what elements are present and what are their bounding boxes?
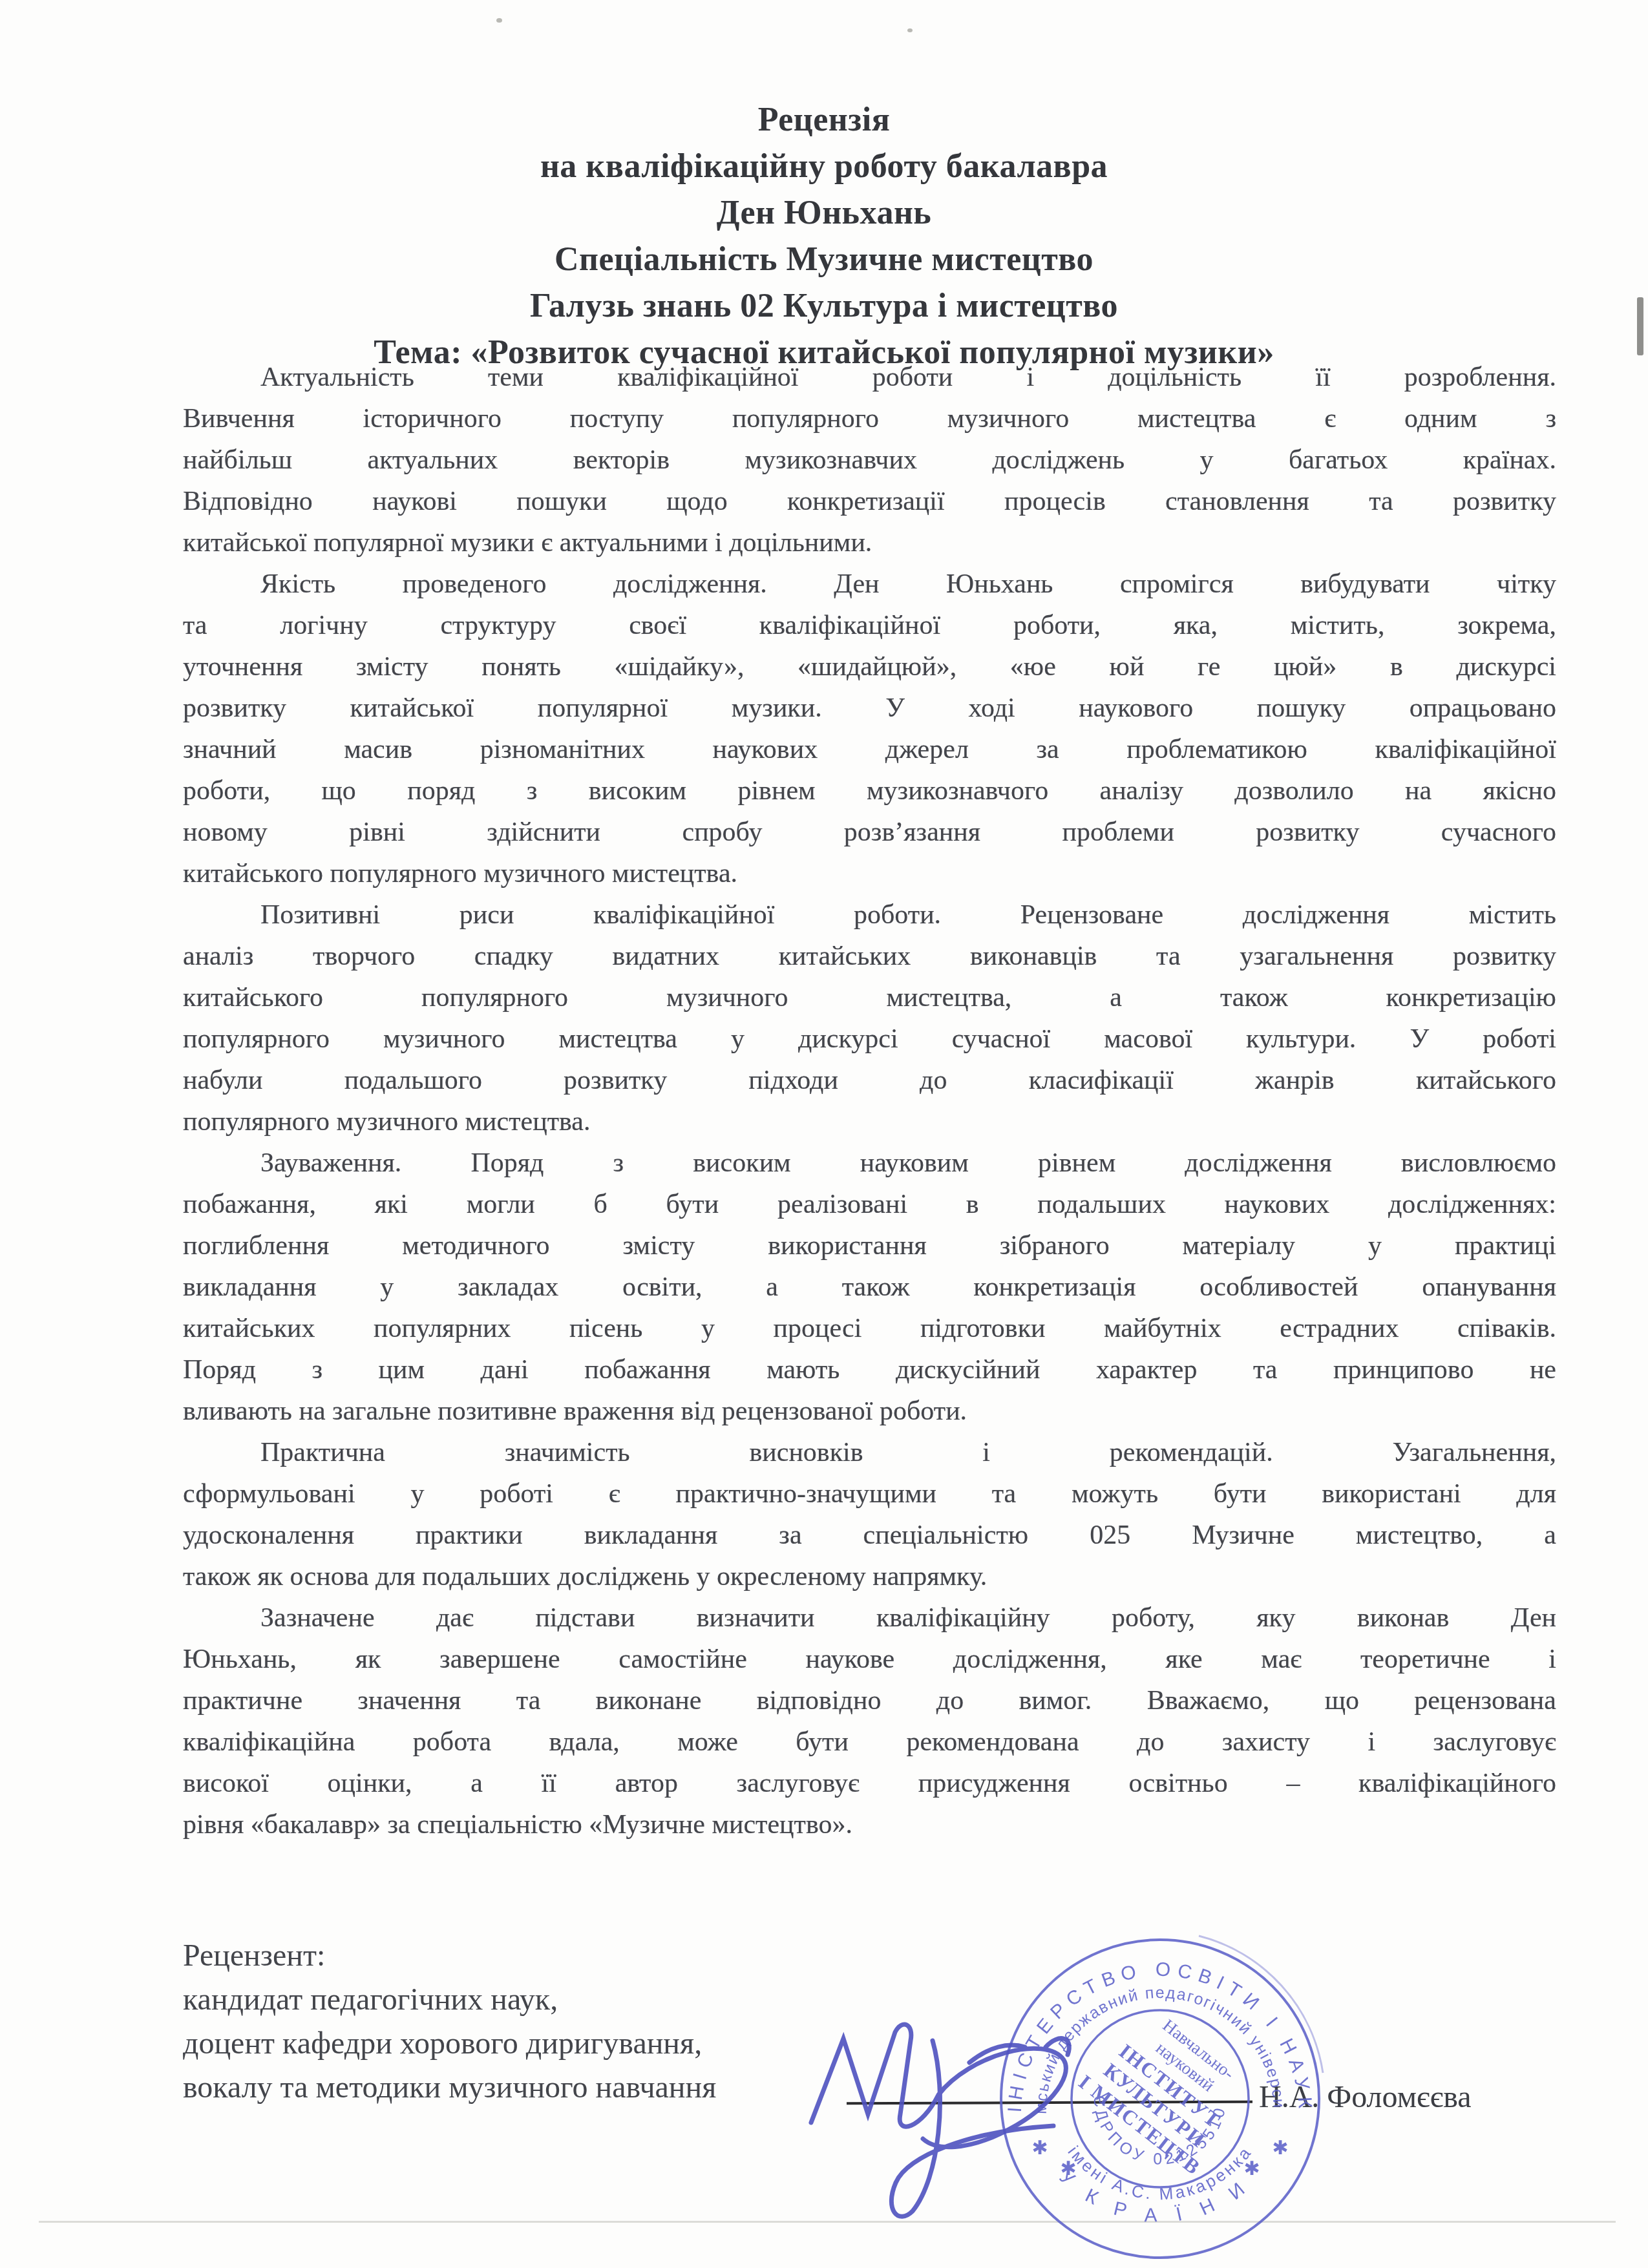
text-line: сформульовані у роботі є практично-значу… xyxy=(183,1473,1556,1515)
text-line: Поряд з цим дані побажання мають дискусі… xyxy=(183,1349,1556,1391)
text-line: також як основа для подальших досліджень… xyxy=(183,1556,1556,1597)
text-line: новому рівні здійснити спробу розв’язанн… xyxy=(183,812,1556,853)
text-line: Практична значимість висновків і рекомен… xyxy=(183,1432,1556,1473)
text-line: та логічну структуру своєї кваліфікаційн… xyxy=(183,605,1556,646)
scan-speck xyxy=(1637,297,1643,355)
text-line: рівня «бакалавр» за спеціальністю «Музич… xyxy=(183,1804,1556,1845)
text-line: удосконалення практики викладання за спе… xyxy=(183,1515,1556,1556)
text-line: Актуальність теми кваліфікаційної роботи… xyxy=(183,357,1556,398)
text-line: розвитку китайської популярної музики. У… xyxy=(183,688,1556,729)
text-line: Відповідно наукові пошуки щодо конкретиз… xyxy=(183,481,1556,522)
text-line: аналіз творчого спадку видатних китайськ… xyxy=(183,936,1556,977)
title-line: Спеціальність Музичне мистецтво xyxy=(0,236,1648,283)
text-line: вливають на загальне позитивне враження … xyxy=(183,1391,1556,1432)
text-line: китайського популярного музичного мистец… xyxy=(183,853,1556,894)
text-line: популярного музичного мистецтва. xyxy=(183,1101,1556,1142)
text-line: кваліфікаційна робота вдала, може бути р… xyxy=(183,1721,1556,1763)
text-line: китайського популярного музичного мистец… xyxy=(183,977,1556,1018)
title-line: Ден Юньхань xyxy=(0,190,1648,236)
text-line: практичне значення та виконане відповідн… xyxy=(183,1680,1556,1721)
document-title: Рецензіяна кваліфікаційну роботу бакалав… xyxy=(0,0,1648,376)
text-line: Юньхань, як завершене самостійне наукове… xyxy=(183,1639,1556,1680)
text-line: найбільш актуальних векторів музикознавч… xyxy=(183,439,1556,481)
text-line: популярного музичного мистецтва у дискур… xyxy=(183,1018,1556,1060)
handwritten-signature xyxy=(776,1964,1099,2236)
text-line: побажання, які могли б бути реалізовані … xyxy=(183,1184,1556,1225)
text-line: Зауваження. Поряд з високим науковим рів… xyxy=(183,1142,1556,1184)
text-line: китайських популярних пісень у процесі п… xyxy=(183,1308,1556,1349)
text-line: уточнення змісту понять «шідайку», «шида… xyxy=(183,646,1556,688)
title-line: на кваліфікаційну роботу бакалавра xyxy=(0,143,1648,190)
text-line: Якість проведеного дослідження. Ден Юньх… xyxy=(183,563,1556,605)
text-line: китайської популярної музики є актуальни… xyxy=(183,522,1556,563)
text-line: роботи, що поряд з високим рівнем музико… xyxy=(183,770,1556,812)
text-line: викладання у закладах освіти, а також ко… xyxy=(183,1266,1556,1308)
text-line: значний масив різноманітних наукових дже… xyxy=(183,729,1556,770)
document-page: Рецензіяна кваліфікаційну роботу бакалав… xyxy=(0,0,1648,2268)
title-line: Рецензія xyxy=(0,97,1648,143)
text-line: високої оцінки, а її автор заслуговує пр… xyxy=(183,1763,1556,1804)
title-line: Галузь знань 02 Культура і мистецтво xyxy=(0,283,1648,330)
scan-speck xyxy=(907,28,913,32)
svg-text:✱: ✱ xyxy=(1272,2137,1288,2159)
text-line: поглиблення методичного змісту використа… xyxy=(183,1225,1556,1266)
text-line: Вивчення історичного поступу популярного… xyxy=(183,398,1556,439)
svg-text:✱: ✱ xyxy=(1243,2158,1260,2179)
scan-speck xyxy=(496,18,502,23)
document-body: Актуальність теми кваліфікаційної роботи… xyxy=(183,357,1556,1845)
text-line: Зазначене дає підстави визначити кваліфі… xyxy=(183,1597,1556,1639)
text-line: Позитивні риси кваліфікаційної роботи. Р… xyxy=(183,894,1556,936)
text-line: набули подальшого розвитку підходи до кл… xyxy=(183,1060,1556,1101)
